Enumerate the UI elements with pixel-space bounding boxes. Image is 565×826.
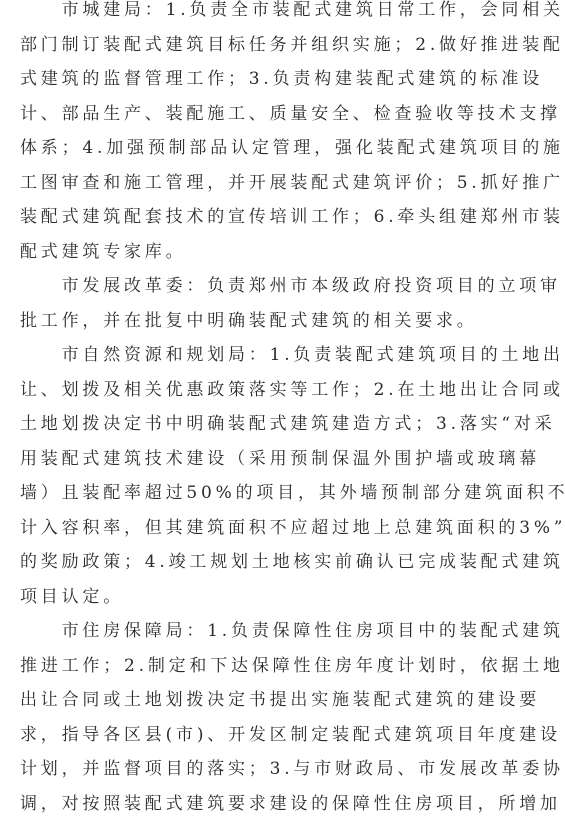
paragraph-natural-resources-planning-bureau: 市自然资源和规划局：1.负责装配式建筑项目的土地出 让、划拨及相关优惠政策落实等… xyxy=(20,338,525,614)
text-line: 工图审查和施工管理，并开展装配式建筑评价；5.抓好推广 xyxy=(20,166,525,201)
text-line: 市住房保障局：1.负责保障性住房项目中的装配式建筑 xyxy=(20,614,525,649)
text-line: 求，指导各区县(市)、开发区制定装配式建筑项目年度建设 xyxy=(20,718,525,753)
text-line: 计、部品生产、装配施工、质量安全、检查验收等技术支撑 xyxy=(20,97,525,132)
text-line: 配式建筑专家库。 xyxy=(20,235,525,270)
paragraph-city-construction-bureau: 市城建局：1.负责全市装配式建筑日常工作，会同相关 部门制订装配式建筑目标任务并… xyxy=(20,0,525,269)
text-line: 墙）且装配率超过50%的项目，其外墙预制部分建筑面积不 xyxy=(20,476,525,511)
text-line: 用装配式建筑技术建设（采用预制保温外围护墙或玻璃幕 xyxy=(20,442,525,477)
text-line: 推进工作；2.制定和下达保障性住房年度计划时，依据土地 xyxy=(20,649,525,684)
text-line: 式建筑的监督管理工作；3.负责构建装配式建筑的标准设 xyxy=(20,62,525,97)
paragraph-housing-security-bureau: 市住房保障局：1.负责保障性住房项目中的装配式建筑 推进工作；2.制定和下达保障… xyxy=(20,614,525,821)
document-page: 市城建局：1.负责全市装配式建筑日常工作，会同相关 部门制订装配式建筑目标任务并… xyxy=(20,0,525,821)
text-line: 批工作，并在批复中明确装配式建筑的相关要求。 xyxy=(20,304,525,339)
text-line: 市自然资源和规划局：1.负责装配式建筑项目的土地出 xyxy=(20,338,525,373)
text-line: 土地划拨决定书中明确装配式建筑建造方式；3.落实“对采 xyxy=(20,407,525,442)
text-line: 让、划拨及相关优惠政策落实等工作；2.在土地出让合同或 xyxy=(20,373,525,408)
text-line: 调，对按照装配式建筑要求建设的保障性住房项目，所增加 xyxy=(20,787,525,822)
paragraph-development-reform-commission: 市发展改革委：负责郑州市本级政府投资项目的立项审 批工作，并在批复中明确装配式建… xyxy=(20,269,525,338)
text-line: 计划，并监督项目的落实；3.与市财政局、市发展改革委协 xyxy=(20,752,525,787)
text-line: 出让合同或土地划拨决定书提出实施装配式建筑的建设要 xyxy=(20,683,525,718)
text-line: 项目认定。 xyxy=(20,580,525,615)
text-line: 体系；4.加强预制部品认定管理，强化装配式建筑项目的施 xyxy=(20,131,525,166)
text-line: 装配式建筑配套技术的宣传培训工作；6.牵头组建郑州市装 xyxy=(20,200,525,235)
text-line: 部门制订装配式建筑目标任务并组织实施；2.做好推进装配 xyxy=(20,28,525,63)
text-line: 市城建局：1.负责全市装配式建筑日常工作，会同相关 xyxy=(20,0,525,28)
text-line: 的奖励政策；4.竣工规划土地核实前确认已完成装配式建筑 xyxy=(20,545,525,580)
text-line: 市发展改革委：负责郑州市本级政府投资项目的立项审 xyxy=(20,269,525,304)
text-line: 计入容积率，但其建筑面积不应超过地上总建筑面积的3%” xyxy=(20,511,525,546)
